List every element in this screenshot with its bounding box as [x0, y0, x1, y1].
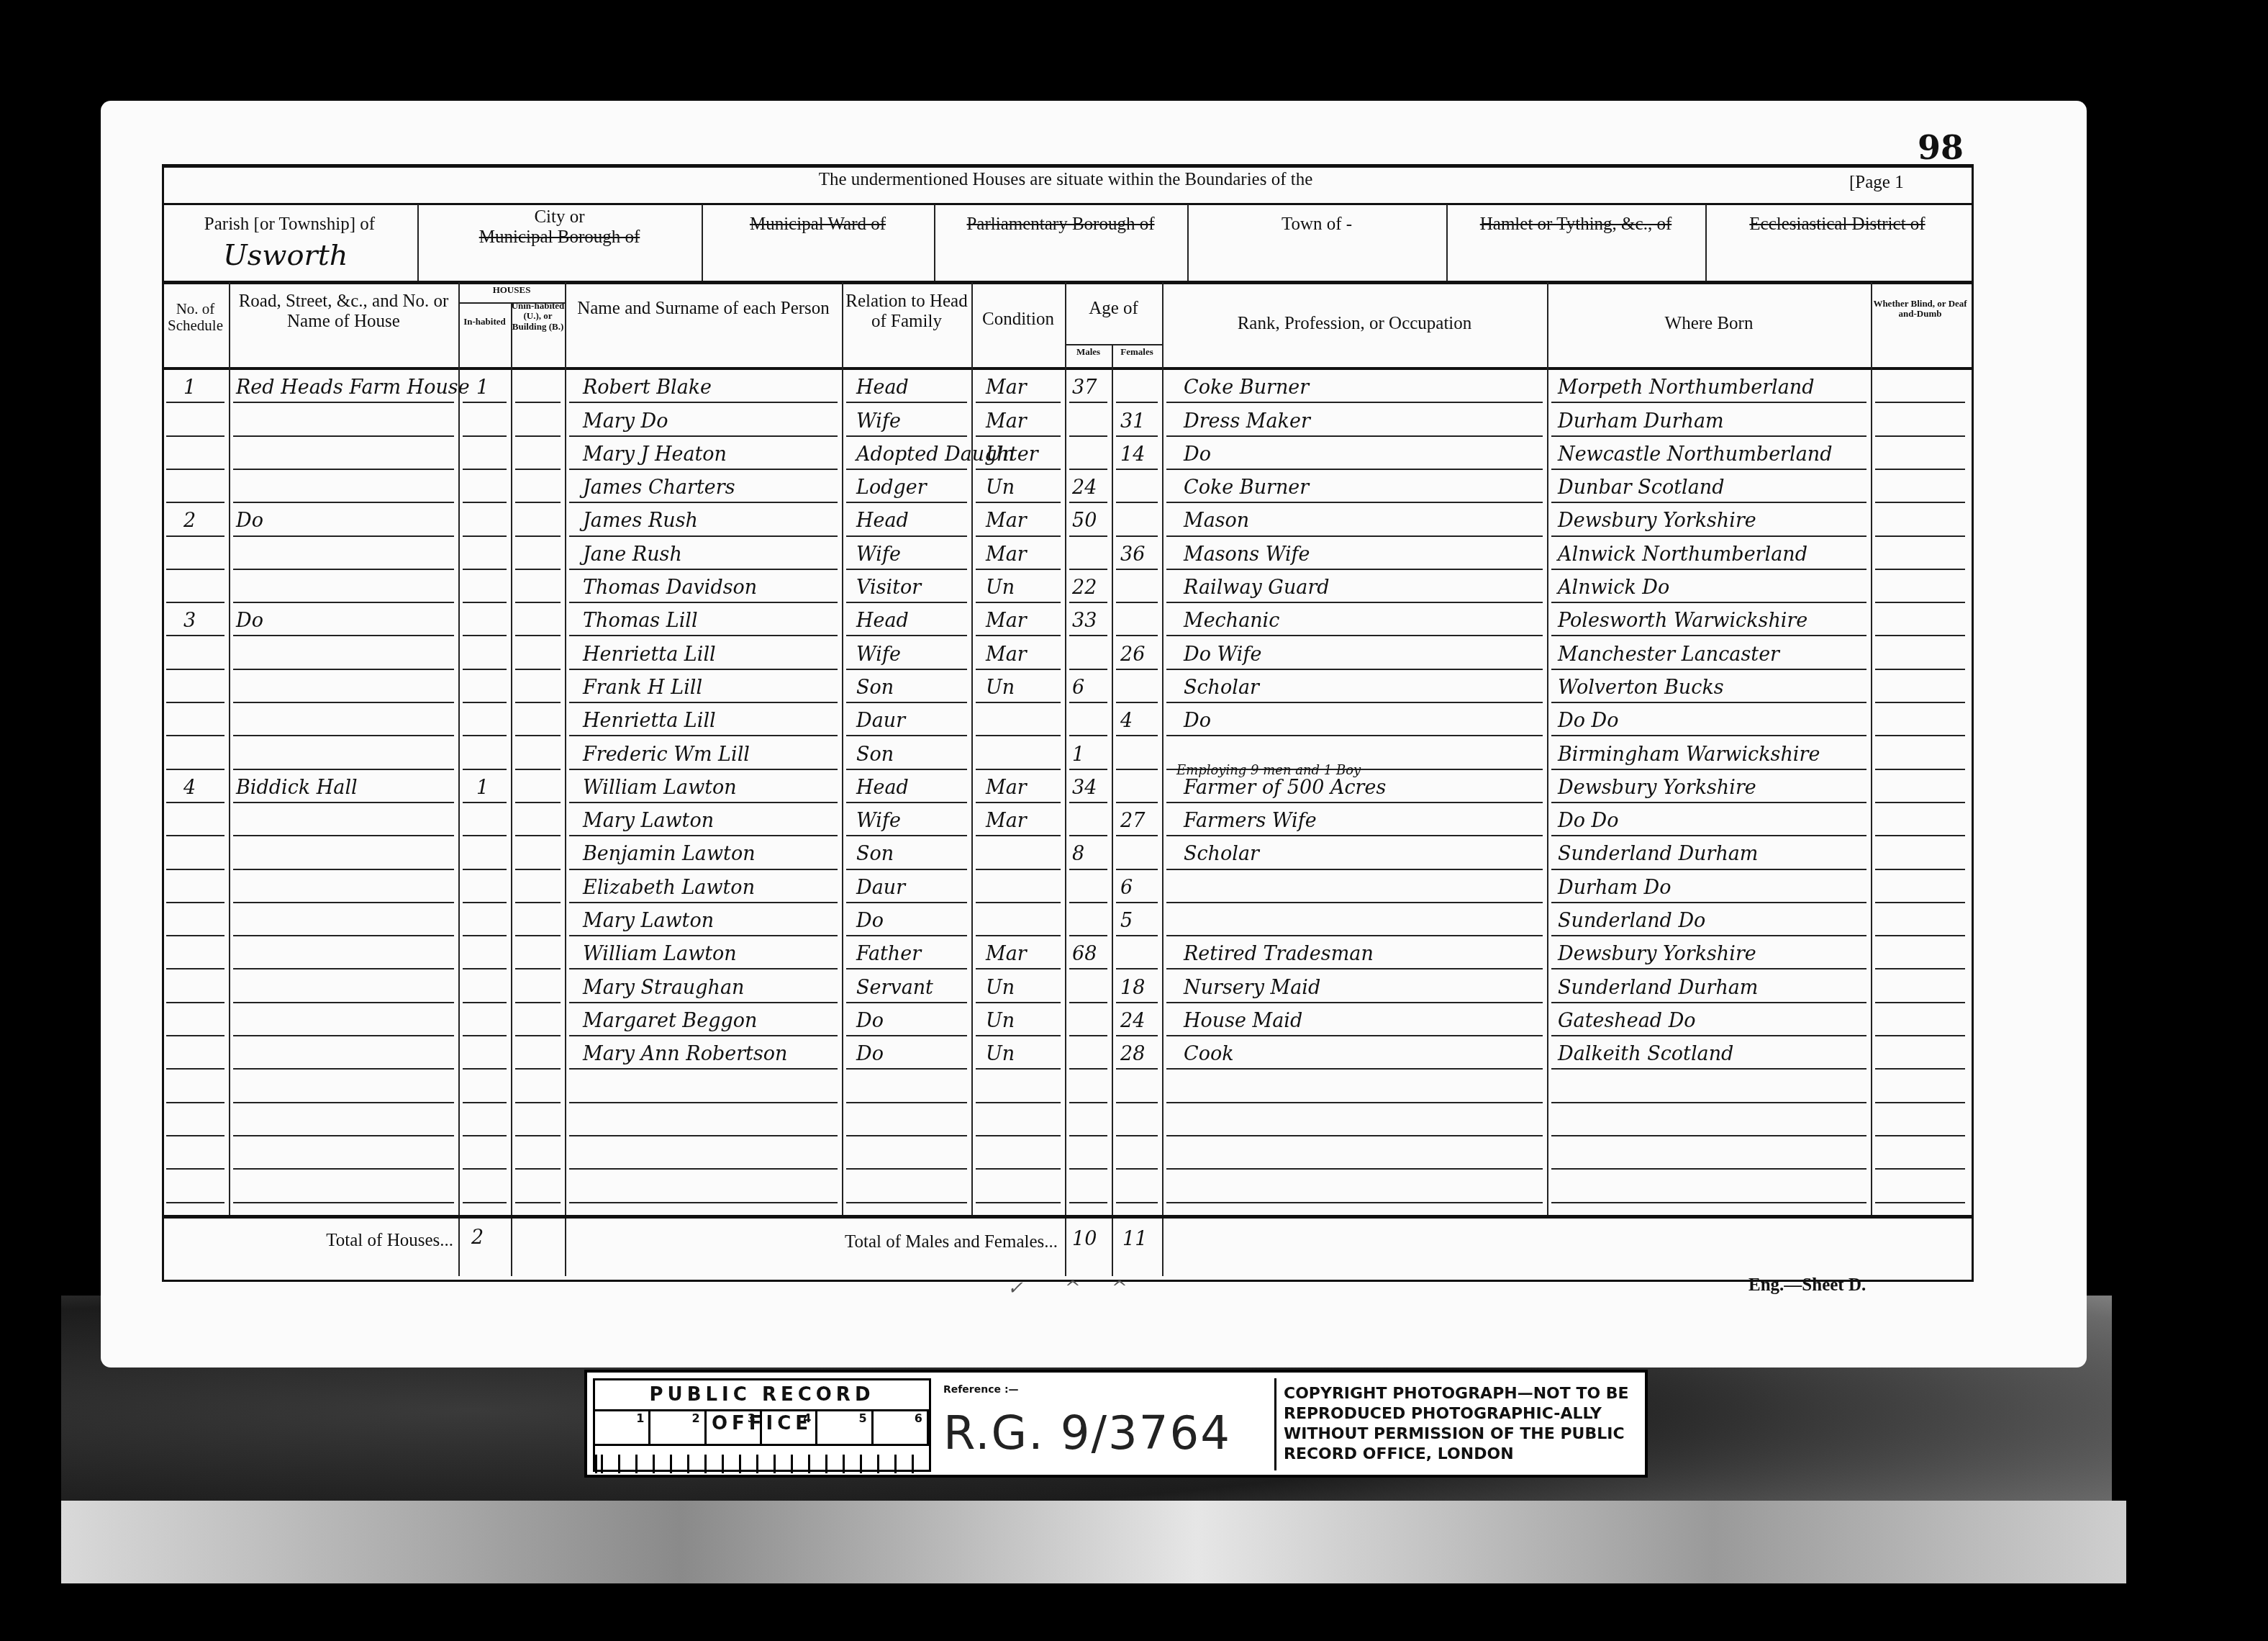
row-rule [1875, 1135, 1965, 1136]
row-rule [166, 968, 224, 969]
person-name: Mary Do [583, 402, 668, 435]
male-age: 6 [1072, 669, 1084, 702]
birthplace: Sunderland Durham [1558, 835, 1758, 868]
banner-text: The undermentioned Houses are situate wi… [162, 170, 1969, 190]
female-age: 18 [1120, 968, 1145, 1001]
row-rule [166, 1102, 224, 1103]
row-rule [515, 802, 561, 803]
row-rule [1069, 968, 1107, 969]
row-rule [1069, 702, 1107, 703]
birthplace: Alnwick Do [1558, 569, 1669, 602]
column-divider [511, 302, 512, 1276]
row-rule [233, 902, 454, 903]
row-rule [515, 769, 561, 770]
row-rule [233, 1168, 454, 1170]
row-rule [976, 1168, 1061, 1170]
relation-to-head: Head [856, 502, 909, 535]
ruler-ticks [595, 1446, 929, 1473]
row-rule [1116, 769, 1158, 770]
birthplace: Dalkeith Scotland [1558, 1035, 1733, 1068]
sheet-footer: Eng.—Sheet D. [1748, 1275, 1866, 1296]
row-rule [463, 1102, 507, 1103]
row-rule [515, 935, 561, 936]
marital-condition: Mar [986, 535, 1027, 569]
row-rule [463, 669, 507, 670]
row-rule [1875, 869, 1965, 870]
person-name: Mary Ann Robertson [583, 1035, 787, 1068]
row-rule [463, 735, 507, 736]
row-rule [1875, 1068, 1965, 1070]
row-rule [166, 1202, 224, 1203]
boundary-label-0: Parish [or Township] of [162, 214, 417, 235]
row-rule [1116, 1068, 1158, 1070]
row-rule [515, 1168, 561, 1170]
male-age: 68 [1072, 935, 1097, 968]
schedule-number: 2 [183, 502, 196, 535]
row-rule [233, 869, 454, 870]
person-name: Mary J Heaton [583, 435, 727, 469]
row-rule [1875, 835, 1965, 836]
occupation: Dress Maker [1184, 402, 1310, 435]
row-rule [569, 1168, 838, 1170]
relation-to-head: Head [856, 769, 909, 802]
relation-to-head: Father [856, 935, 921, 968]
marital-condition: Mar [986, 402, 1027, 435]
row-rule [515, 1002, 561, 1003]
male-age: 37 [1072, 369, 1097, 402]
row-rule [1069, 1135, 1107, 1136]
col-header-occupation: Rank, Profession, or Occupation [1162, 314, 1547, 334]
row-rule [166, 869, 224, 870]
row-rule [1166, 869, 1543, 870]
houses-inhabited: 1 [476, 369, 489, 402]
boundary-label-6: Ecclesiastical District of [1705, 214, 1969, 235]
row-rule [515, 402, 561, 403]
boundary-label-text: Municipal Borough of [417, 227, 702, 248]
occupation: Farmers Wife [1184, 802, 1317, 835]
row-rule [515, 1102, 561, 1103]
column-divider [971, 282, 973, 1215]
row-rule [976, 1102, 1061, 1103]
person-name: Mary Lawton [583, 802, 714, 835]
boundary-label-text: Town of - [1187, 214, 1446, 235]
row-rule [846, 1168, 967, 1170]
road-or-house-name: Do [236, 602, 263, 635]
divider [934, 204, 935, 281]
column-divider [1112, 344, 1113, 1276]
total-persons-label: Total of Males and Females... [561, 1232, 1058, 1252]
male-age: 34 [1072, 769, 1097, 802]
person-name: Henrietta Lill [583, 635, 716, 668]
person-name: Elizabeth Lawton [583, 869, 755, 902]
col-header-road: Road, Street, &c., and No. or Name of Ho… [229, 291, 458, 331]
row-rule [463, 402, 507, 403]
row-rule [166, 802, 224, 803]
row-rule [1875, 635, 1965, 636]
row-rule [515, 735, 561, 736]
divider [1705, 204, 1707, 281]
birthplace: Birmingham Warwickshire [1558, 735, 1820, 768]
row-rule [463, 869, 507, 870]
row-rule [515, 469, 561, 470]
row-rule [515, 635, 561, 636]
occupation: Do [1184, 702, 1211, 735]
pro-reference-label: PUBLIC RECORD OFFICE 123456 Reference :—… [584, 1370, 1648, 1478]
row-rule [1875, 1002, 1965, 1003]
row-rule [1116, 1102, 1158, 1103]
column-divider [458, 282, 460, 1276]
marital-condition: Un [986, 435, 1015, 469]
row-rule [1069, 1002, 1107, 1003]
row-rule [1875, 669, 1965, 670]
row-rule [233, 635, 454, 636]
col-header-relation: Relation to Head of Family [842, 291, 971, 331]
row-rule [463, 702, 507, 703]
row-rule [515, 569, 561, 570]
road-or-house-name: Do [236, 502, 263, 535]
relation-to-head: Head [856, 602, 909, 635]
row-rule [1069, 402, 1107, 403]
marital-condition: Mar [986, 602, 1027, 635]
row-rule [515, 502, 561, 503]
female-age: 14 [1120, 435, 1145, 469]
total-houses-label: Total of Houses... [162, 1231, 453, 1251]
birthplace: Dunbar Scotland [1558, 469, 1724, 502]
row-rule [463, 435, 507, 437]
row-rule [166, 535, 224, 537]
row-rule [1551, 1068, 1866, 1070]
divider [417, 204, 419, 281]
reference-label: Reference :— [943, 1384, 1019, 1396]
relation-to-head: Head [856, 369, 909, 402]
birthplace: Do Do [1558, 802, 1618, 835]
birthplace: Dewsbury Yorkshire [1558, 502, 1756, 535]
row-rule [1875, 1102, 1965, 1103]
row-rule [1116, 1135, 1158, 1136]
row-rule [1166, 902, 1543, 903]
row-rule [569, 1102, 838, 1103]
row-rule [1875, 968, 1965, 969]
row-rule [463, 1168, 507, 1170]
row-rule [976, 702, 1061, 703]
person-name: Mary Lawton [583, 902, 714, 935]
ruler-mark: 3 [707, 1411, 762, 1444]
row-rule [166, 435, 224, 437]
row-rule [1116, 735, 1158, 736]
row-rule [1069, 802, 1107, 803]
check-mark: ✓ [1007, 1278, 1023, 1299]
row-rule [463, 835, 507, 836]
row-rule [233, 435, 454, 437]
person-name: Henrietta Lill [583, 702, 716, 735]
row-rule [1069, 435, 1107, 437]
row-rule [515, 1135, 561, 1136]
row-rule [1875, 469, 1965, 470]
total-females-value: 11 [1122, 1228, 1147, 1250]
row-rule [463, 935, 507, 936]
row-rule [1166, 735, 1543, 736]
marital-condition: Mar [986, 502, 1027, 535]
divider [1446, 204, 1448, 281]
row-rule [463, 602, 507, 603]
ruler-mark: 4 [762, 1411, 817, 1444]
pro-ruler-block: PUBLIC RECORD OFFICE 123456 [593, 1378, 931, 1472]
row-rule [463, 635, 507, 636]
ruler-mark: 6 [874, 1411, 929, 1444]
birthplace: Polesworth Warwickshire [1558, 602, 1807, 635]
row-rule [463, 1135, 507, 1136]
row-rule [233, 1035, 454, 1036]
row-rule [515, 669, 561, 670]
row-rule [1875, 602, 1965, 603]
row-rule [463, 902, 507, 903]
row-rule [1116, 602, 1158, 603]
parish-value: Usworth [223, 239, 348, 272]
ruler-mark: 1 [595, 1411, 650, 1444]
occupation: Coke Burner [1184, 469, 1309, 502]
row-rule [233, 1135, 454, 1136]
row-rule [515, 602, 561, 603]
person-name: Thomas Davidson [583, 569, 757, 602]
birthplace: Newcastle Northumberland [1558, 435, 1832, 469]
boundary-label-text: Municipal Ward of [702, 214, 934, 235]
row-rule [463, 1202, 507, 1203]
row-rule [1166, 1202, 1543, 1203]
row-rule [846, 1135, 967, 1136]
occupation: Do [1184, 435, 1211, 469]
row-rule [515, 968, 561, 969]
row-rule [1875, 1168, 1965, 1170]
female-age: 5 [1120, 902, 1133, 935]
row-rule [233, 1002, 454, 1003]
row-rule [1875, 902, 1965, 903]
schedule-number: 1 [183, 369, 196, 402]
col-header-inhabited: In-habited [458, 317, 511, 327]
row-rule [233, 968, 454, 969]
row-rule [1875, 1202, 1965, 1203]
person-name: Jane Rush [583, 535, 682, 569]
row-rule [1875, 802, 1965, 803]
col-header-age: Age of [1065, 299, 1162, 319]
person-name: Frank H Lill [583, 669, 702, 702]
row-rule [166, 902, 224, 903]
relation-to-head: Son [856, 669, 894, 702]
male-age: 24 [1072, 469, 1097, 502]
occupation: Mason [1184, 502, 1249, 535]
row-rule [846, 1102, 967, 1103]
birthplace: Dewsbury Yorkshire [1558, 935, 1756, 968]
page-label: [Page 1 [1849, 173, 1950, 193]
row-rule [1116, 1202, 1158, 1203]
row-rule [166, 1035, 224, 1036]
reference-number: R.G. 9/3764 [943, 1407, 1231, 1460]
row-rule [166, 469, 224, 470]
row-rule [1875, 402, 1965, 403]
row-rule [233, 502, 454, 503]
marital-condition: Un [986, 569, 1015, 602]
row-rule [515, 435, 561, 437]
row-rule [1875, 435, 1965, 437]
relation-to-head: Daur [856, 869, 905, 902]
col-header-blind-deaf: Whether Blind, or Deaf and-Dumb [1871, 299, 1969, 320]
row-rule [166, 935, 224, 936]
row-rule [1551, 1135, 1866, 1136]
female-age: 28 [1120, 1035, 1145, 1068]
occupation: Mechanic [1184, 602, 1279, 635]
marital-condition: Un [986, 669, 1015, 702]
person-name: Mary Straughan [583, 968, 744, 1001]
occupation: Cook [1184, 1035, 1234, 1068]
birthplace: Dewsbury Yorkshire [1558, 769, 1756, 802]
schedule-number: 4 [183, 769, 196, 802]
col-header-schedule: No. of Schedule [162, 301, 229, 334]
male-age: 1 [1072, 735, 1084, 768]
marital-condition: Un [986, 1035, 1015, 1068]
row-rule [1116, 835, 1158, 836]
road-or-house-name: Biddick Hall [236, 769, 358, 802]
copyright-notice: COPYRIGHT PHOTOGRAPH—NOT TO BE REPRODUCE… [1274, 1378, 1638, 1470]
row-rule [166, 669, 224, 670]
column-divider [1871, 282, 1872, 1215]
divider [1065, 344, 1162, 345]
col-header-females: Females [1112, 347, 1162, 357]
occupation-note: Employing 9 men and 1 Boy [1176, 763, 1361, 778]
female-age: 36 [1120, 535, 1145, 569]
row-rule [463, 469, 507, 470]
marital-condition: Mar [986, 935, 1027, 968]
row-rule [463, 1068, 507, 1070]
row-rule [233, 1068, 454, 1070]
divider [1187, 204, 1189, 281]
row-rule [463, 1002, 507, 1003]
boundary-label-text: Parliamentary Borough of [934, 214, 1187, 235]
row-rule [515, 535, 561, 537]
row-rule [463, 502, 507, 503]
female-age: 26 [1120, 635, 1145, 668]
row-rule [846, 1202, 967, 1203]
row-rule [463, 968, 507, 969]
person-name: Frederic Wm Lill [583, 735, 750, 768]
row-rule [1875, 935, 1965, 936]
person-name: William Lawton [583, 769, 737, 802]
row-rule [233, 702, 454, 703]
relation-to-head: Son [856, 835, 894, 868]
row-rule [233, 602, 454, 603]
ruler-mark: 2 [650, 1411, 706, 1444]
person-name: James Rush [583, 502, 698, 535]
row-rule [1875, 769, 1965, 770]
row-rule [1166, 1135, 1543, 1136]
schedule-number: 3 [183, 602, 196, 635]
col-header-houses: HOUSES [458, 285, 565, 295]
person-name: Margaret Beggon [583, 1002, 757, 1035]
row-rule [166, 735, 224, 736]
birthplace: Manchester Lancaster [1558, 635, 1779, 668]
column-divider [1065, 282, 1066, 1276]
row-rule [1069, 902, 1107, 903]
row-rule [976, 1068, 1061, 1070]
row-rule [976, 1135, 1061, 1136]
row-rule [1069, 1035, 1107, 1036]
divider [162, 203, 1972, 205]
person-name: William Lawton [583, 935, 737, 968]
row-rule [233, 1202, 454, 1203]
column-divider [565, 282, 566, 1276]
row-rule [463, 802, 507, 803]
column-divider [1162, 282, 1164, 1276]
row-rule [846, 1068, 967, 1070]
marital-condition: Un [986, 1002, 1015, 1035]
male-age: 33 [1072, 602, 1097, 635]
row-rule [1116, 669, 1158, 670]
boundary-label-1: City orMunicipal Borough of [417, 207, 702, 247]
marital-condition: Un [986, 968, 1015, 1001]
row-rule [1116, 935, 1158, 936]
male-age: 50 [1072, 502, 1097, 535]
row-rule [1069, 635, 1107, 636]
row-rule [1875, 502, 1965, 503]
person-name: James Charters [583, 469, 735, 502]
row-rule [515, 835, 561, 836]
folio-number: 98 [1918, 128, 1964, 167]
row-rule [233, 802, 454, 803]
boundary-label-text: Parish [or Township] of [162, 214, 417, 235]
row-rule [1116, 469, 1158, 470]
relation-to-head: Wife [856, 635, 901, 668]
row-rule [1116, 569, 1158, 570]
female-age: 24 [1120, 1002, 1145, 1035]
relation-to-head: Wife [856, 802, 901, 835]
row-rule [233, 669, 454, 670]
row-rule [166, 635, 224, 636]
relation-to-head: Do [856, 1035, 884, 1068]
boundary-label-text: Hamlet or Tything, &c., of [1446, 214, 1705, 235]
female-age: 6 [1120, 869, 1133, 902]
row-rule [1166, 702, 1543, 703]
birthplace: Sunderland Durham [1558, 968, 1758, 1001]
col-header-name: Name and Surname of each Person [565, 299, 842, 319]
microfilm-edge [61, 1501, 2126, 1583]
row-rule [233, 535, 454, 537]
birthplace: Wolverton Bucks [1558, 669, 1724, 702]
row-rule [1166, 1102, 1543, 1103]
row-rule [515, 702, 561, 703]
col-header-where-born: Where Born [1547, 314, 1871, 334]
marital-condition: Mar [986, 769, 1027, 802]
row-rule [976, 735, 1061, 736]
row-rule [569, 1202, 838, 1203]
check-mark: ^ [1065, 1278, 1081, 1299]
row-rule [166, 569, 224, 570]
row-rule [976, 835, 1061, 836]
birthplace: Morpeth Northumberland [1558, 369, 1814, 402]
row-rule [515, 1202, 561, 1203]
occupation: Masons Wife [1184, 535, 1310, 569]
row-rule [1875, 535, 1965, 537]
divider [702, 204, 703, 281]
row-rule [166, 1168, 224, 1170]
pro-reference-block: Reference :— R.G. 9/3764 [936, 1378, 1271, 1472]
road-or-house-name: Red Heads Farm House [236, 369, 470, 402]
birthplace: Gateshead Do [1558, 1002, 1696, 1035]
col-header-males: Males [1065, 347, 1112, 357]
occupation: Scholar [1184, 669, 1259, 702]
boundary-label-line: City or [417, 207, 702, 227]
row-rule [1069, 869, 1107, 870]
female-age: 27 [1120, 802, 1145, 835]
row-rule [1875, 735, 1965, 736]
occupation: Coke Burner [1184, 369, 1309, 402]
